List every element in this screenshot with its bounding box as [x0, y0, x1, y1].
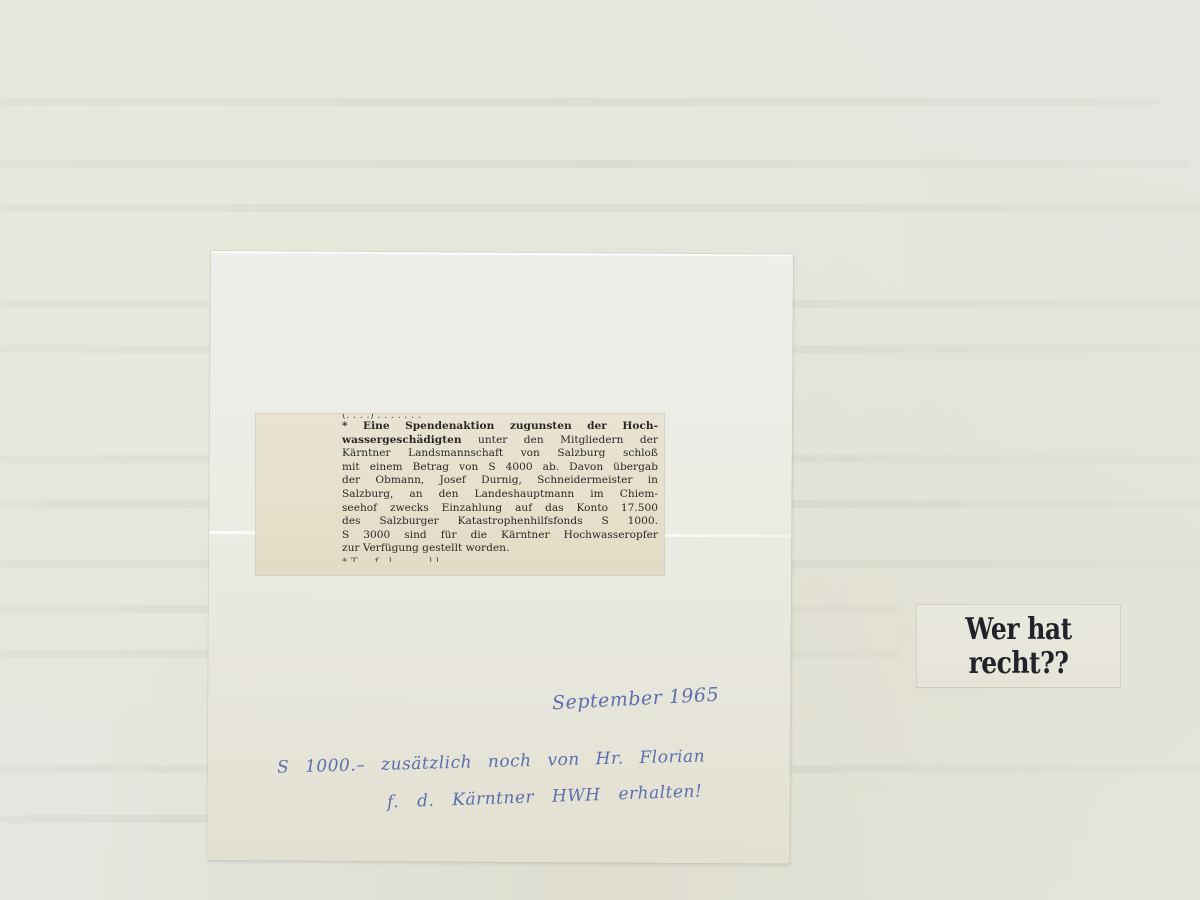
clipping-line: der Obmann, Josef Durnig, Schneidermeist…	[342, 474, 658, 488]
clipping-line: Salzburg, an den Landeshauptmann im Chie…	[342, 488, 658, 502]
clipping-top-cut-line: (. . . .) . . . . . . .	[342, 414, 658, 419]
newspaper-clipping: (. . . .) . . . . . . . * Eine Spendenak…	[256, 414, 664, 575]
clipping-bottom-cut-line: * T . . f . l . . . . . l l . . . . . . …	[342, 556, 658, 562]
caption-label: Wer hat recht??	[917, 605, 1120, 687]
clipping-line: * Eine Spendenaktion zugunsten der Hoch-	[342, 420, 658, 434]
clipping-line: des Salzburger Katastrophenhilfsfonds S …	[342, 515, 658, 529]
clipping-line: mit einem Betrag von S 4000 ab. Davon üb…	[342, 461, 658, 475]
clipping-body: * Eine Spendenaktion zugunsten der Hoch-…	[342, 420, 658, 556]
clipping-article: (. . . .) . . . . . . . * Eine Spendenak…	[342, 414, 658, 562]
bleed-through-line	[0, 160, 1190, 168]
clipping-line: zur Verfügung gestellt worden.	[342, 542, 658, 556]
clipping-line: wassergeschädigten unter den Mitgliedern…	[342, 434, 658, 448]
clipping-line: seehof zwecks Einzahlung auf das Konto 1…	[342, 502, 658, 516]
clipping-line: Kärntner Landsmannschaft von Salzburg sc…	[342, 447, 658, 461]
clipping-line: S 3000 sind für die Kärntner Hochwassero…	[342, 529, 658, 543]
caption-label-text: Wer hat recht??	[921, 612, 1116, 680]
bleed-through-line	[0, 204, 1200, 212]
bleed-through-line	[0, 98, 1160, 106]
